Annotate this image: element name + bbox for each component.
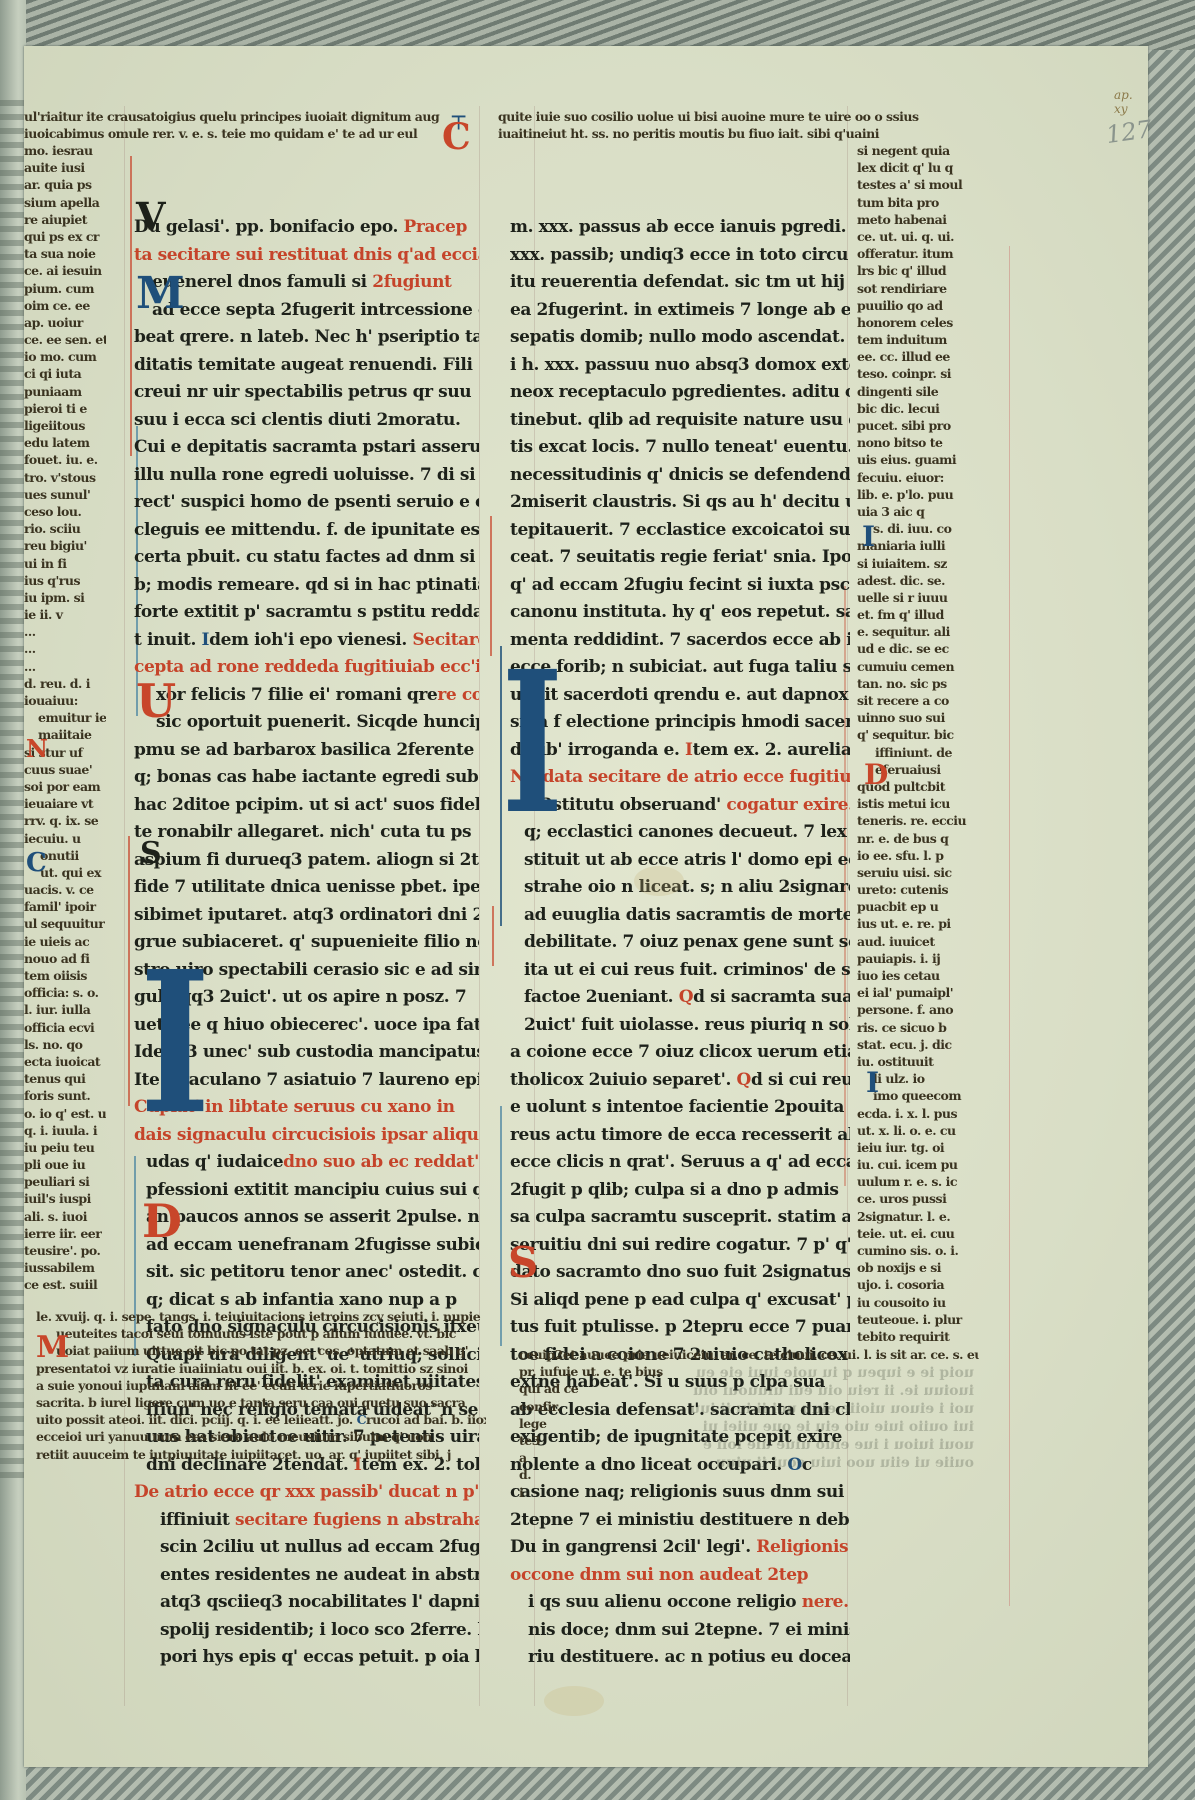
text-line: 2miserit claustris. Si qs au h' decitu u… xyxy=(510,489,850,517)
gloss-line: quite iuie suo cosilio uolue ui bisi auo… xyxy=(498,108,968,125)
gloss-line: uoiat paiium uittue eit bic po tat pz. e… xyxy=(36,1342,486,1359)
text-line: pmu se ad barbarox basilica 2ferente se xyxy=(134,737,479,765)
gloss-line: nr. e. de bus q xyxy=(857,830,977,847)
gloss-line: iu peiu teu xyxy=(24,1139,106,1156)
gloss-line: iuaitineiut ht. ss. no peritis moutis bu… xyxy=(498,125,968,142)
gloss-line: ud e dic. se ec xyxy=(857,640,977,657)
text-line: necessitudinis q' dnicis se defendendos xyxy=(510,462,850,490)
ruling-line xyxy=(479,106,480,1706)
text-line: q; bonas cas habe iactante egredi sub xyxy=(134,764,479,792)
gloss-line: ceuip2et auuee pria ueiuiceiu. ar. ce. t… xyxy=(519,1346,979,1363)
gloss-line: fecuiu. eiuor: xyxy=(857,469,977,486)
gloss-line: ls. no. qo xyxy=(24,1036,106,1053)
gloss-line: ce. ai iesuin xyxy=(24,262,106,279)
gloss-line: emuitur ie xyxy=(24,709,106,726)
gloss-line: si negent quia xyxy=(857,142,977,159)
text-line: scin 2ciliu ut nullus ad eccam 2fugi xyxy=(134,1534,479,1562)
text-line: sepatis domib; nullo modo ascendat. s; xyxy=(510,324,850,352)
decorated-initial-v: V xyxy=(136,194,165,239)
text-line: te ronabilr allegaret. nich' cuta tu ps xyxy=(134,819,479,847)
gloss-line: uinno suo sui xyxy=(857,709,977,726)
gloss-initial-n: N xyxy=(26,734,48,763)
gloss-top-right: quite iuie suo cosilio uolue ui bisi auo… xyxy=(498,108,968,142)
text-line: seruitiu dni sui redire cogatur. 7 p' q' xyxy=(510,1232,850,1260)
red-initial-u: U xyxy=(136,674,176,728)
text-line: pori hys epis q' eccas petuit. p oia lic… xyxy=(134,1644,479,1672)
gloss-line: edu latem xyxy=(24,434,106,451)
gloss-line: peuliari si xyxy=(24,1173,106,1190)
text-line: aspium fi durueq3 patem. aliogn si 2tra xyxy=(134,847,479,875)
text-line: m. xxx. passus ab ecce ianuis pgredi. i … xyxy=(510,214,850,242)
bleed-line: iuoiuu ie. ii reiu oiu eui uiuuoui oiu xyxy=(564,1382,974,1400)
gloss-line: e. sequitur. ali xyxy=(857,623,977,640)
text-line: ad ecce septa 2fugerit intrcessione de xyxy=(134,297,479,325)
text-line: tis excat locis. 7 nullo teneat' euentu. xyxy=(510,434,850,462)
text-line: t inuit. Idem ioh'i epo vienesi. Secitar… xyxy=(134,627,479,655)
gloss-line: tro. v'stous xyxy=(24,469,106,486)
text-line: Du gelasi'. pp. bonifacio epo. Pracep xyxy=(134,214,479,242)
gloss-initial-c: C xyxy=(26,848,47,878)
text-line: canonu instituta. hy q' eos repetut. sac… xyxy=(510,599,850,627)
gloss-line: iu cousoito iu xyxy=(857,1294,977,1311)
gloss-line: offeratur. itum xyxy=(857,245,977,262)
text-line: Du in gangrensi 2cil' legi'. Religionis xyxy=(510,1534,850,1562)
text-line: cleguis ee mittendu. f. de ipunitate ess… xyxy=(134,517,479,545)
gloss-line: iu ipm. si xyxy=(24,589,106,606)
gloss-line: meto habenai xyxy=(857,211,977,228)
text-line: dato sacramto dno suo fuit 2signatus. xyxy=(510,1259,850,1287)
gloss-line: tum bita pro xyxy=(857,194,977,211)
gloss-line: puniaam xyxy=(24,383,106,400)
gloss-line: io mo. cum xyxy=(24,348,106,365)
text-line: 2fugit p qlib; culpa si a dno p admis xyxy=(510,1177,850,1205)
gloss-line: teso. coinpr. si xyxy=(857,365,977,382)
blue-initial-m: M xyxy=(136,268,185,319)
text-line: spolij residentib; i loco sco 2ferre. h;… xyxy=(134,1617,479,1645)
text-line: debilitate. 7 oiuz penax gene sunt secur… xyxy=(510,929,850,957)
gloss-line: ui in fi xyxy=(24,555,106,572)
gloss-line: qui ps ex cr xyxy=(24,228,106,245)
gloss-line: ie uieis ac xyxy=(24,933,106,950)
gloss-line: officia: s. o. xyxy=(24,984,106,1001)
bleed-line: uoui iuiou i iue eiuo uiue uie ioii e xyxy=(564,1436,974,1454)
gloss-line: ius ut. e. re. pi xyxy=(857,915,977,932)
gloss-line: ligeiitous xyxy=(24,417,106,434)
manuscript-leaf: ap. xy 127 ul'riaitur ite crausatoigius … xyxy=(24,46,1148,1767)
gloss-line: ues sunul' xyxy=(24,486,106,503)
gloss-line: ce. uros pussi xyxy=(857,1190,977,1207)
gloss-line: 2signatur. l. e. xyxy=(857,1208,977,1225)
gloss-line: ce. ut. ui. q. ui. xyxy=(857,228,977,245)
gloss-line: iuo ies cetau xyxy=(857,967,977,984)
text-line: euenerel dnos famuli si 2fugiunt xyxy=(134,269,479,297)
gloss-bottom-left: le. xvuij. q. i. sepe. tangs. i. teiuiui… xyxy=(36,1308,486,1463)
gloss-line: pli oue iu xyxy=(24,1156,106,1173)
rubric-line: occone dnm sui non audeat 2tep xyxy=(510,1562,850,1590)
gloss-line: ce. ee sen. et xyxy=(24,331,106,348)
gloss-line: honorem celes xyxy=(857,314,977,331)
text-line: neox receptaculo pgredientes. aditu ob xyxy=(510,379,850,407)
gloss-line: reu bigiu' xyxy=(24,537,106,554)
gloss-line: ... xyxy=(24,623,106,640)
text-line: e uolunt s intentoe facientie 2pouita ip… xyxy=(510,1094,850,1122)
gloss-line: ius q'rus xyxy=(24,572,106,589)
rubric-line: ta secitare sui restituat dnis q'ad ecci… xyxy=(134,242,479,270)
gloss-line: nono bitso te xyxy=(857,434,977,451)
gloss-line: ar. quia ps xyxy=(24,176,106,193)
text-line: ad eccam uenefranam 2fugisse subiect xyxy=(134,1232,479,1260)
gloss-line: q' sequitur. bic xyxy=(857,726,977,743)
gloss-line: oim ce. ee xyxy=(24,297,106,314)
gloss-line: a suie yonoui iupunam aiam iit ee' ecuii… xyxy=(36,1377,486,1394)
decorated-initial-s: S xyxy=(140,836,162,871)
text-line: ea 2fugerint. in extimeis 7 longe ab ecc… xyxy=(510,297,850,325)
gloss-line: soi por eam xyxy=(24,778,106,795)
gloss-initial-d: D xyxy=(864,758,888,791)
gloss-line: puuilio qo ad xyxy=(857,297,977,314)
text-line: a coione ecce 7 oiuz clicox uerum etia c… xyxy=(510,1039,850,1067)
text-line: tus fuit ptulisse. p 2tepru ecce 7 puari… xyxy=(510,1314,850,1342)
text-line: 2tepne 7 ei ministiu destituere n debet. xyxy=(510,1507,850,1535)
gloss-line: uia 3 aic q xyxy=(857,503,977,520)
text-line: itu reuerentia defendat. sic tm ut hij q… xyxy=(510,269,850,297)
text-line: sibimet iputaret. atq3 ordinatori dni 2 xyxy=(134,902,479,930)
parchment-stain xyxy=(544,1686,604,1716)
gloss-line: si iuiaitem. sz xyxy=(857,555,977,572)
text-line: ceat. 7 seuitatis regie feriat' snia. Ip… xyxy=(510,544,850,572)
text-line: i h. xxx. passuu nuo absq3 domox exte xyxy=(510,352,850,380)
text-line: xor felicis 7 filie ei' romani qrere cog… xyxy=(134,682,479,710)
gloss-line: iuoicabimus omule rer. v. e. s. teie mo … xyxy=(24,125,444,142)
text-line: sit. sic petitoru tenor anec' ostedit. c… xyxy=(134,1259,479,1287)
text-line: i qs suu alienu occone religio nere. xyxy=(510,1589,850,1617)
red-penwork-flourish xyxy=(492,906,494,966)
background-top-fabric xyxy=(0,0,1195,50)
gloss-line: ris. ce sicuo b xyxy=(857,1019,977,1036)
gloss-line: uelle si r iuuu xyxy=(857,589,977,606)
gloss-initial-i: I xyxy=(866,1066,879,1099)
facing-page-edge xyxy=(0,0,26,1800)
gloss-line: fouet. iu. e. xyxy=(24,451,106,468)
gloss-line: tem induitum xyxy=(857,331,977,348)
gloss-line: et. fm q' illud xyxy=(857,606,977,623)
text-line: beat qrere. n lateb. Nec h' pseriptio ta… xyxy=(134,324,479,352)
text-line: ita ut ei cui reus fuit. criminos' de sa… xyxy=(510,957,850,985)
text-line: forte extitit p' sacramtu s pstitu redda xyxy=(134,599,479,627)
gloss-line: tebito requirit xyxy=(857,1328,977,1345)
gloss-line: ... xyxy=(24,658,106,675)
gloss-line: teneris. re. ecciu xyxy=(857,812,977,829)
gloss-line: ecda. i. x. l. pus xyxy=(857,1105,977,1122)
gloss-line: ta sua noie xyxy=(24,245,106,262)
gloss-line: pucet. sibi pro xyxy=(857,417,977,434)
bleed-through-text: uoiq ie e iupeu q iu uoie iuui eie eu iu… xyxy=(564,1364,974,1472)
gloss-line: adest. dic. se. xyxy=(857,572,977,589)
ruling-line xyxy=(124,106,125,1706)
gloss-line: le. xvuij. q. i. sepe. tangs. i. teiuiui… xyxy=(36,1308,486,1325)
gloss-line: ieiu iur. tg. oi xyxy=(857,1139,977,1156)
gloss-line: ob noxijs e si xyxy=(857,1259,977,1276)
gloss-line: auite iusi xyxy=(24,159,106,176)
text-line: ecce clicis n qrat'. Seruus a q' ad ecca… xyxy=(510,1149,850,1177)
gloss-line: d. reu. d. i xyxy=(24,675,106,692)
gloss-line: tan. no. sic ps xyxy=(857,675,977,692)
gloss-top-left: ul'riaitur ite crausatoigius quelu princ… xyxy=(24,108,444,142)
gloss-line: sit recere a co xyxy=(857,692,977,709)
gloss-line: q. i. iuula. i xyxy=(24,1122,106,1139)
bleed-line: ouiie ui eiiu uoo iuiu eoui ii uiuu xyxy=(564,1454,974,1472)
text-line: an paucos annos se asserit 2pulse. nuc xyxy=(134,1204,479,1232)
rubric-line: cepta ad rone reddeda fugitiuiab ecc'ia xyxy=(134,654,479,682)
gloss-line: tem oiisis xyxy=(24,967,106,984)
gloss-line: presentatoi vz iuratie iuaiiniatu oui ii… xyxy=(36,1360,486,1377)
bleed-line: uoi i eiuou uioiie eiuu uoi ii iu ii iuu xyxy=(564,1400,974,1418)
text-line: factoe 2ueniant. Qd si sacramta sua xyxy=(510,984,850,1012)
text-line: Si aliqd pene p ead culpa q' excusat' pl… xyxy=(510,1287,850,1315)
gloss-line: ce est. suiil xyxy=(24,1276,106,1293)
gloss-line: famil' ipoir xyxy=(24,898,106,915)
gloss-line: iussabilem xyxy=(24,1259,106,1276)
gloss-line: iecuiu. u xyxy=(24,830,106,847)
facing-page-text xyxy=(0,100,26,1480)
text-line: atq3 qsciieq3 nocabilitates l' dapni seu xyxy=(134,1589,479,1617)
gloss-line: iu. cui. icem pu xyxy=(857,1156,977,1173)
gloss-line: ureto: cutenis xyxy=(857,881,977,898)
red-penwork-flourish xyxy=(130,156,132,456)
text-line: tinebut. qlib ad requisite nature usu de… xyxy=(510,407,850,435)
gloss-line: rrv. q. ix. se xyxy=(24,812,106,829)
gloss-line: nouo ad fi xyxy=(24,950,106,967)
text-line: Cui e depitatis sacramta pstari asseru xyxy=(134,434,479,462)
text-line: 2uict' fuit uiolasse. reus piuriq n solu xyxy=(510,1012,850,1040)
bleed-line: iui ouiio iuie uio eiu ie oue uiiei ui xyxy=(564,1418,974,1436)
text-line: sic oportuit puenerit. Sicqde huncipm xyxy=(134,709,479,737)
gloss-line: ecta iuoicat xyxy=(24,1053,106,1070)
gloss-line: puacbit ep u xyxy=(857,898,977,915)
gloss-line: ujo. i. cosoria xyxy=(857,1276,977,1293)
gloss-line: ul'riaitur ite crausatoigius quelu princ… xyxy=(24,108,444,125)
text-line: creui nr uir spectabilis petrus qr suu xyxy=(134,379,479,407)
gloss-line: cumuiu cemen xyxy=(857,658,977,675)
top-corner-note: ap. xy xyxy=(1114,88,1148,116)
gloss-line: mo. iesrau xyxy=(24,142,106,159)
gloss-line: uis eius. guami xyxy=(857,451,977,468)
gloss-line: ceso lou. xyxy=(24,503,106,520)
gloss-line: ie ii. v xyxy=(24,606,106,623)
gloss-line: pauiapis. i. ij xyxy=(857,950,977,967)
text-line: riu destituere. ac n potius eu doceat. d… xyxy=(510,1644,850,1672)
rubric-line: De atrio ecce qr xxx passib' ducat n p' … xyxy=(134,1479,479,1507)
gloss-line: retiit auuceim te iutpiuuitate iuipiitac… xyxy=(36,1446,486,1463)
text-line: suu i ecca sci clentis diuti 2moratu. xyxy=(134,407,479,435)
gloss-line: teuteoue. i. plur xyxy=(857,1311,977,1328)
gloss-initial-i: I xyxy=(862,520,875,553)
text-line: entes residentes ne audeat in abstrahe xyxy=(134,1562,479,1590)
gloss-line: ecceioi uri yanuu uom ees siere aulo meu… xyxy=(36,1428,486,1445)
gloss-line: ap. uoiur xyxy=(24,314,106,331)
red-initial-s: S xyxy=(508,1238,538,1287)
gloss-line: lex dicit q' lu q xyxy=(857,159,977,176)
text-line: illu nulla rone egredi uoluisse. 7 di si xyxy=(134,462,479,490)
gloss-line: aud. iuuicet xyxy=(857,933,977,950)
gloss-line: ee. cc. illud ee xyxy=(857,348,977,365)
text-line: certa pbuit. cu statu factes ad dnm si xyxy=(134,544,479,572)
text-line: hac 2ditoe pcipim. ut si act' suos fidel… xyxy=(134,792,479,820)
gloss-line: sium apella xyxy=(24,194,106,211)
gloss-line: sacrita. b iurel ligere cum uo e tanta s… xyxy=(36,1394,486,1411)
blue-penwork-flourish xyxy=(500,1106,502,1346)
text-line: tepitauerit. 7 ecclastice excoicatoi sub… xyxy=(510,517,850,545)
gloss-line: pieroi ti e xyxy=(24,400,106,417)
gloss-line: ali. s. iuoi xyxy=(24,1208,106,1225)
gloss-line: rio. sciiu xyxy=(24,520,106,537)
gloss-initial-m: M xyxy=(36,1330,69,1365)
bleed-line: uoiq ie e iupeu q iu uoie iuui eie eu xyxy=(564,1364,974,1382)
gloss-line: stat. ecu. j. dic xyxy=(857,1036,977,1053)
gloss-line: pium. cum xyxy=(24,280,106,297)
gloss-line: cumino sis. o. i. xyxy=(857,1242,977,1259)
folio-number: 127 xyxy=(1104,115,1153,149)
gloss-line: ci qi iuta xyxy=(24,365,106,382)
gloss-line: seruiu uisi. sic xyxy=(857,864,977,881)
gloss-line: dingenti sile xyxy=(857,383,977,400)
gloss-line: teie. ut. ei. cuu xyxy=(857,1225,977,1242)
gloss-line: officia ecvi xyxy=(24,1019,106,1036)
gloss-line: istis metui icu xyxy=(857,795,977,812)
gloss-line: i xyxy=(519,1484,979,1501)
blue-initial-i-large: I xyxy=(502,646,563,841)
gloss-line: testes a' si moul xyxy=(857,176,977,193)
text-line: ad euuglia datis sacramtis de morte 7 xyxy=(510,902,850,930)
gloss-line: ierre iir. eer xyxy=(24,1225,106,1242)
gloss-line: o. io q' est. u. xyxy=(24,1105,106,1122)
text-line: ditatis temitate augeat renuendi. Fili xyxy=(134,352,479,380)
text-line: fide 7 utilitate dnica uenisse pbet. ipe xyxy=(134,874,479,902)
gloss-line: cuus suae' xyxy=(24,761,106,778)
blue-initial-i-large: I xyxy=(140,946,210,1141)
text-line: reus actu timore de ecca recesserit ab xyxy=(510,1122,850,1150)
gloss-right-margin: si negent quia lex dicit q' lu q testes … xyxy=(857,142,977,1345)
gloss-line: re aiupiet xyxy=(24,211,106,228)
gloss-line: iuil's iuspi xyxy=(24,1190,106,1207)
gloss-line: io ee. sfu. l. p xyxy=(857,847,977,864)
gloss-left-margin: mo. iesrau auite iusi ar. quia ps sium a… xyxy=(24,142,106,1311)
gloss-line: tenus qui xyxy=(24,1070,106,1087)
gloss-line: teusire'. po. xyxy=(24,1242,106,1259)
text-line: q' ad eccam 2fugiu fecint si iuxta pscox xyxy=(510,572,850,600)
gloss-line: ueuteites tacoi seui tomuuus iste pout p… xyxy=(36,1325,486,1342)
text-line: nis doce; dnm sui 2tepne. 7 ei ministe xyxy=(510,1617,850,1645)
gloss-line: uulum r. e. s. ic xyxy=(857,1173,977,1190)
gloss-line: ut. x. li. o. e. cu xyxy=(857,1122,977,1139)
text-line: rect' suspici homo de psenti seruio e co… xyxy=(134,489,479,517)
gloss-line: persone. f. ano xyxy=(857,1001,977,1018)
gloss-line: ieuaiare vt xyxy=(24,795,106,812)
gloss-line: foris sunt. xyxy=(24,1087,106,1104)
ruling-line xyxy=(1009,246,1010,1606)
text-line: sa culpa sacramtu susceprit. statim ad xyxy=(510,1204,850,1232)
gloss-line: ei ial' pumaipl' xyxy=(857,984,977,1001)
gloss-line: lrs bic q' illud xyxy=(857,262,977,279)
red-initial-d: D xyxy=(142,1194,182,1248)
gloss-line: sot rendiriare xyxy=(857,280,977,297)
gloss-line: bic dic. lecui xyxy=(857,400,977,417)
gloss-line: l. iur. iulla xyxy=(24,1001,106,1018)
gloss-line: ul sequuitur xyxy=(24,915,106,932)
text-line: iffiniuit secitare fugiens n abstrahat'. xyxy=(134,1507,479,1535)
text-line: xxx. passib; undiq3 ecce in toto circu xyxy=(510,242,850,270)
text-line: pfessioni extitit mancipiu cuius sui q' xyxy=(134,1177,479,1205)
parchment-stain xyxy=(634,866,684,896)
gloss-line: uacis. v. ce xyxy=(24,881,106,898)
gloss-line: ... xyxy=(24,640,106,657)
red-penwork-flourish xyxy=(490,516,492,656)
top-initial-c: C xyxy=(442,116,471,158)
text-line: b; modis remeare. qd si in hac ptinatia xyxy=(134,572,479,600)
gloss-line: iouaiuu: xyxy=(24,692,106,709)
red-penwork-flourish xyxy=(128,836,130,1106)
gloss-line: uito possit ateoi. iit. dici. pciij. q. … xyxy=(36,1411,486,1428)
text-line: tholicox 2uiuio separet'. Qd si cui reus xyxy=(510,1067,850,1095)
gloss-line: lib. e. p'lo. puu xyxy=(857,486,977,503)
